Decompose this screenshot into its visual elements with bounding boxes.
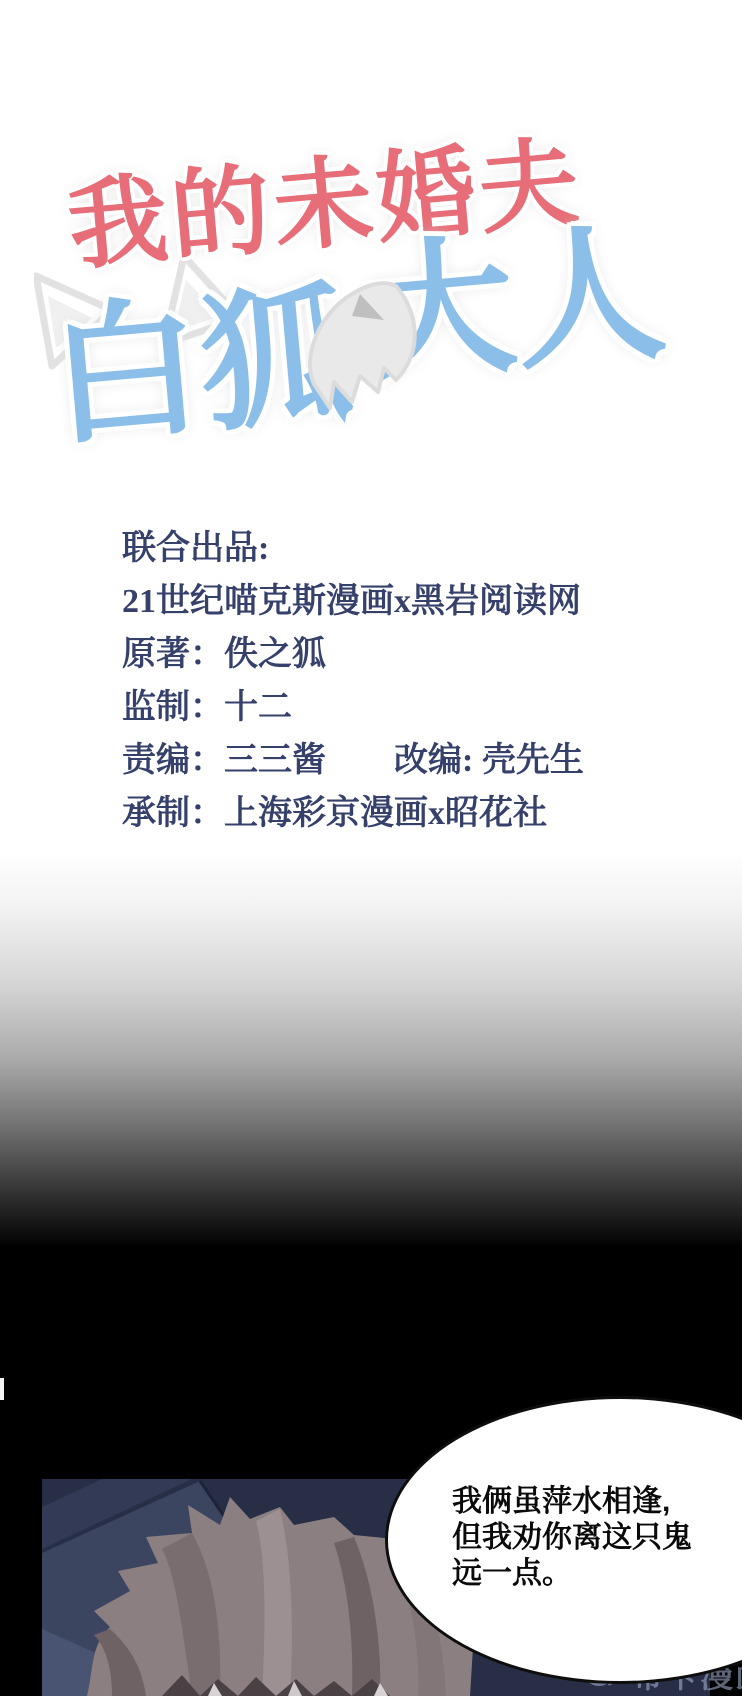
speech-line-2: 但我劝你离这只鬼: [452, 1520, 742, 1556]
credit-line-original-author: 原著：佚之狐: [122, 628, 682, 681]
series-title: 我的未婚夫 白狐 大人: [0, 120, 742, 490]
credit-line-joint-production: 联合出品:: [122, 522, 682, 575]
background-gradient: [0, 852, 742, 1248]
credit-line-studios: 21世纪喵克斯漫画x黑岩阅读网: [122, 575, 682, 628]
left-edge-mark: [0, 1378, 4, 1400]
speech-line-1: 我俩虽萍水相逢,: [452, 1484, 742, 1520]
credit-line-producer: 承制：上海彩京漫画x昭花社: [122, 787, 682, 840]
credits-block: 联合出品: 21世纪喵克斯漫画x黑岩阅读网 原著：佚之狐 监制：十二 责编：三三…: [122, 522, 682, 840]
comic-page: 我的未婚夫 白狐 大人 联合出品: 21世纪喵克斯漫画x黑岩阅读网 原著：佚之狐…: [0, 0, 742, 1696]
credit-line-editor-adapter: 责编：三三酱 改编: 壳先生: [122, 734, 682, 787]
speech-bubble-text: 我俩虽萍水相逢, 但我劝你离这只鬼 远一点。: [452, 1484, 742, 1592]
credit-line-supervisor: 监制：十二: [122, 681, 682, 734]
fox-tail-icon: [300, 280, 430, 430]
speech-line-3: 远一点。: [452, 1556, 742, 1592]
